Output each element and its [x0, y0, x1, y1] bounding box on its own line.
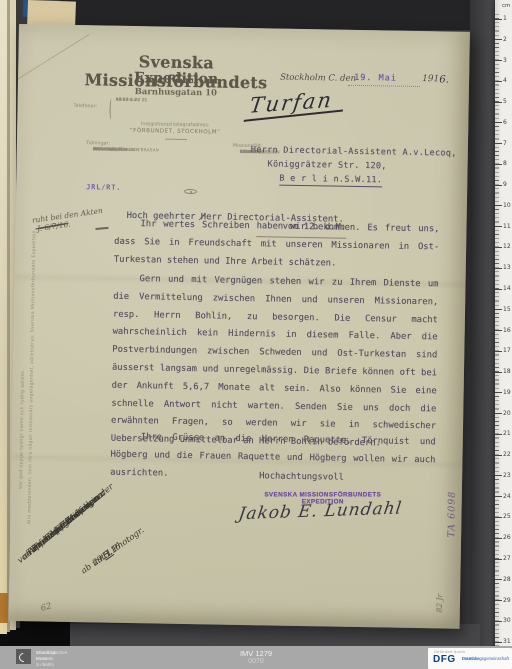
cm-ruler: cm 1234567891011121314151617181920212223…: [495, 0, 512, 669]
letterhead-divider: [165, 139, 187, 140]
lh-paper-item-6: BARNENS JUL: [93, 147, 123, 152]
ruler-cm-10: 11: [503, 223, 511, 231]
letter-page: Svenska Missionsförbundets Expedition Ba…: [9, 24, 470, 629]
ruler-cm-30: 31: [503, 638, 511, 646]
paragraph-1: Ihr wertes Schreiben vom 12. d.M. haben …: [114, 216, 440, 275]
ruler-cm-9: 10: [503, 202, 511, 210]
ruler-cm-18: 19: [503, 389, 511, 397]
date-typed: 19. Mai: [354, 73, 397, 84]
typist-initials: JRL/RT.: [86, 183, 121, 192]
ruler-cm-23: 24: [503, 493, 511, 501]
ruler-cm-20: 21: [503, 430, 511, 438]
archival-scan-photo: Svenska Missionsförbundets Expedition Ba…: [0, 0, 512, 669]
pencil-page-number: 62: [40, 601, 53, 613]
pencil-margin-note: ruht bei den Akten J. 6/7/16.: [31, 206, 103, 225]
dfg-logo: Gefördert durch DFG Deutsche Forschungsg…: [428, 648, 512, 669]
lh-phone-line-3: 46 34 & 74 15: [116, 98, 147, 104]
ruler-cm-13: 14: [503, 285, 511, 293]
corner-pencil-mark: 82 Jr: [435, 568, 445, 612]
year: 1916.: [422, 74, 439, 84]
letterhead-phone-brace: [109, 99, 113, 120]
pencil-dash-mark: [95, 227, 108, 230]
year-printed: 191: [422, 74, 439, 84]
book-edge-orange: [0, 593, 8, 623]
ruler-cm-22: 23: [503, 472, 511, 480]
inventory-number-vertical: TA 6098: [446, 482, 458, 538]
ruler-cm-2: 3: [503, 57, 507, 65]
dfg-acronym: DFG: [433, 654, 456, 665]
recipient-line-1: Herrn Directorial-Assistent A.v.Lecoq,: [251, 145, 457, 159]
ruler-unit-label: cm: [502, 3, 510, 9]
book-page-edge: [0, 0, 7, 634]
p1-underlined-date: vom 12. d.M.: [256, 218, 346, 238]
place-date-printed: Stockholm C. den: [280, 73, 356, 84]
ruler-cm-0: 1: [503, 15, 507, 23]
scan-footer-bar: Ethnologisches Museum Staatliche Museen …: [0, 646, 512, 669]
recipient-line-2: Königgrätzer Str. 120,: [268, 159, 387, 171]
ruler-cm-29: 30: [503, 617, 511, 625]
paragraph-2: Gern und mit Vergnügen stehen wir zu Ihr…: [111, 271, 439, 455]
ruler-cm-15: 16: [503, 327, 511, 335]
year-handwritten: 6.: [439, 74, 449, 85]
ruler-cm-11: 12: [503, 243, 511, 251]
closing-formula: Hochachtungsvoll: [259, 468, 344, 487]
ruler-cm-21: 22: [503, 451, 511, 459]
letterhead-phones-label: Telefoner:: [74, 104, 98, 109]
ruler-cm-5: 6: [503, 119, 507, 127]
ruler-cm-7: 8: [503, 160, 507, 168]
ruler-cm-8: 9: [503, 181, 507, 189]
ruler-cm-24: 25: [503, 513, 511, 521]
ruler-cm-27: 28: [503, 576, 511, 584]
ruler-cm-19: 20: [503, 410, 511, 418]
background-right: [470, 0, 496, 669]
ruler-cm-3: 4: [503, 77, 507, 85]
ruler-cm-25: 26: [503, 534, 511, 542]
ruler-cm-14: 15: [503, 306, 511, 314]
diag-line-6: 29/5/16: [47, 508, 85, 541]
recipient-line-3: B e r l i n.S.W.11.: [279, 174, 382, 188]
ruler-cm-12: 13: [503, 264, 511, 272]
ruler-cm-26: 27: [503, 555, 511, 563]
ruler-cm-1: 2: [503, 36, 507, 44]
ruler-cm-17: 18: [503, 368, 511, 376]
ruler-cm-16: 17: [503, 347, 511, 355]
handwritten-topic: Turfan: [248, 88, 335, 118]
ruler-cm-4: 5: [503, 98, 507, 106]
ruler-cm-28: 29: [503, 597, 511, 605]
p1-pre: Ihr wertes Schreiben: [140, 219, 256, 231]
ornament-icon: [184, 189, 197, 194]
date-dotted-line: [348, 85, 420, 87]
ruler-cm-6: 7: [503, 140, 507, 148]
